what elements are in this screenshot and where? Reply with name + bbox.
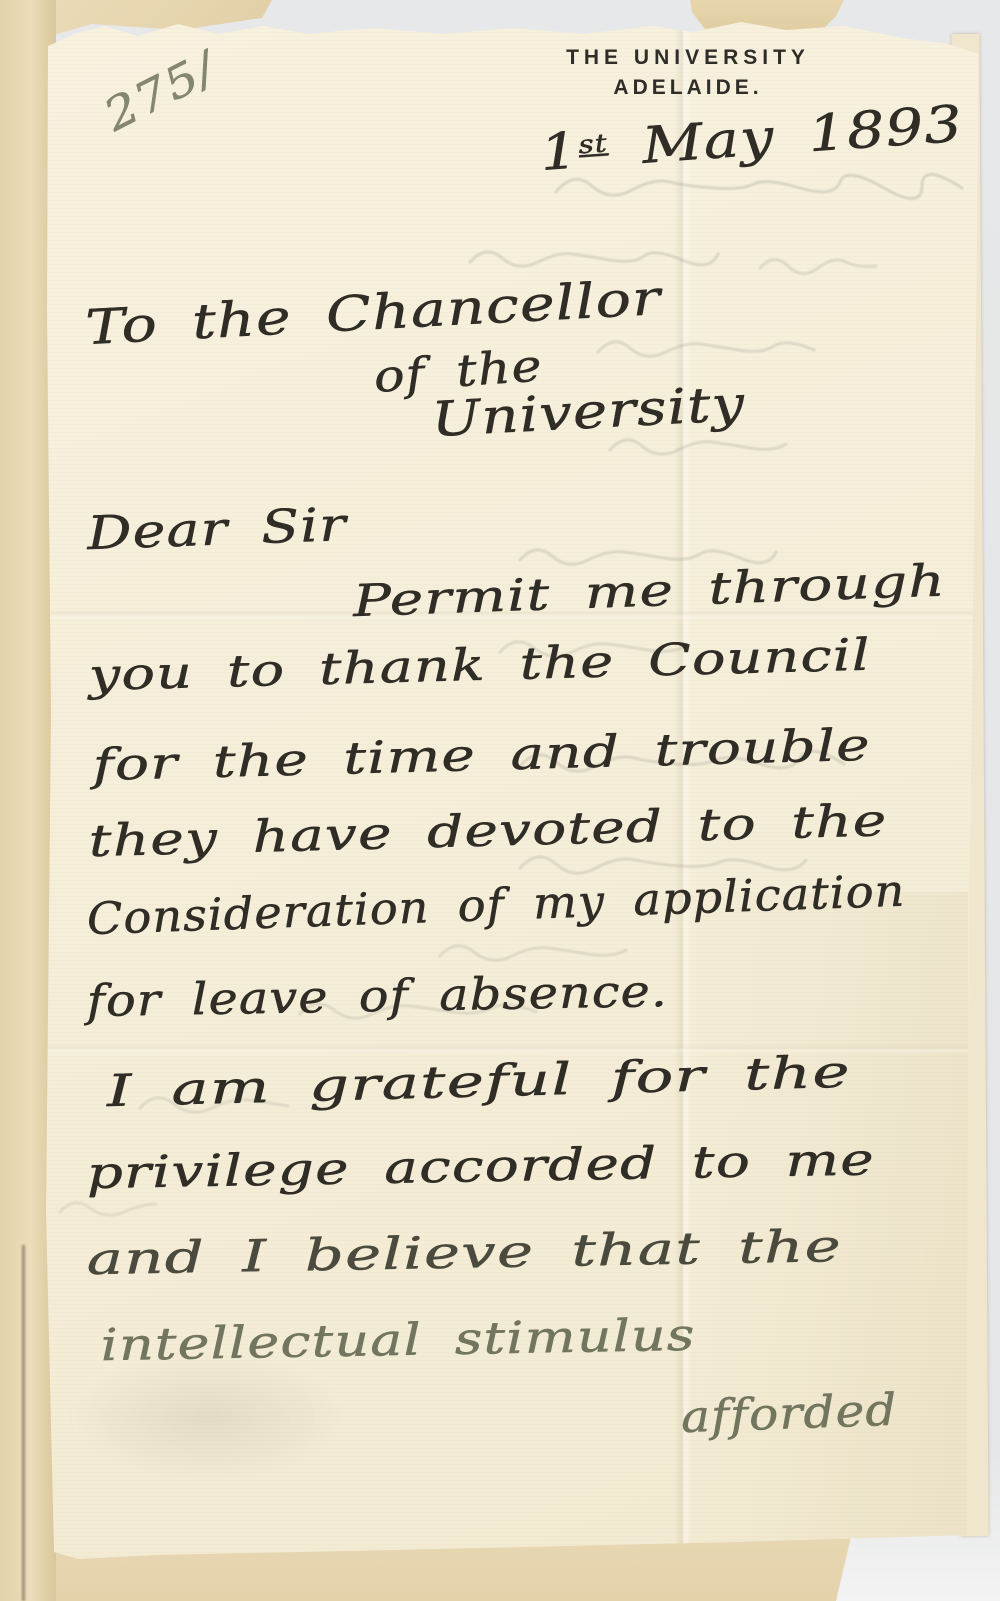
body-line-4: they have devoted to the bbox=[88, 795, 888, 867]
date-line: 1st May 1893 bbox=[538, 94, 965, 181]
body-line-1: Permit me through bbox=[352, 555, 946, 627]
date-ordinal: st bbox=[577, 128, 608, 159]
body-line-10: intellectual stimulus bbox=[100, 1310, 696, 1371]
body-line-11: afforded bbox=[680, 1384, 898, 1443]
body-line-7: I am grateful for the bbox=[106, 1047, 851, 1117]
letterhead: THE UNIVERSITY ADELAIDE. bbox=[556, 46, 820, 100]
body-line-6: for leave of absence. bbox=[86, 966, 668, 1027]
salutation: Dear Sir bbox=[86, 497, 347, 560]
body-line-2: you to thank the Council bbox=[88, 630, 871, 701]
body-line-8: privilege accorded to me bbox=[86, 1134, 875, 1199]
letterhead-line-1: THE UNIVERSITY bbox=[556, 46, 820, 70]
date-rest: May 1893 bbox=[606, 94, 965, 177]
body-line-5: Consideration of my application bbox=[86, 865, 906, 945]
recipient-line-1: To the Chancellor bbox=[84, 270, 662, 356]
body-line-9: and I believe that the bbox=[86, 1221, 842, 1285]
body-line-3: for the time and trouble bbox=[92, 720, 871, 791]
letterhead-line-2: ADELAIDE. bbox=[556, 76, 820, 100]
date-day: 1 bbox=[538, 121, 581, 182]
archival-number: 275/ bbox=[96, 42, 225, 141]
ink-overlay: 275/ THE UNIVERSITY ADELAIDE. 1st May 18… bbox=[0, 0, 1000, 1601]
